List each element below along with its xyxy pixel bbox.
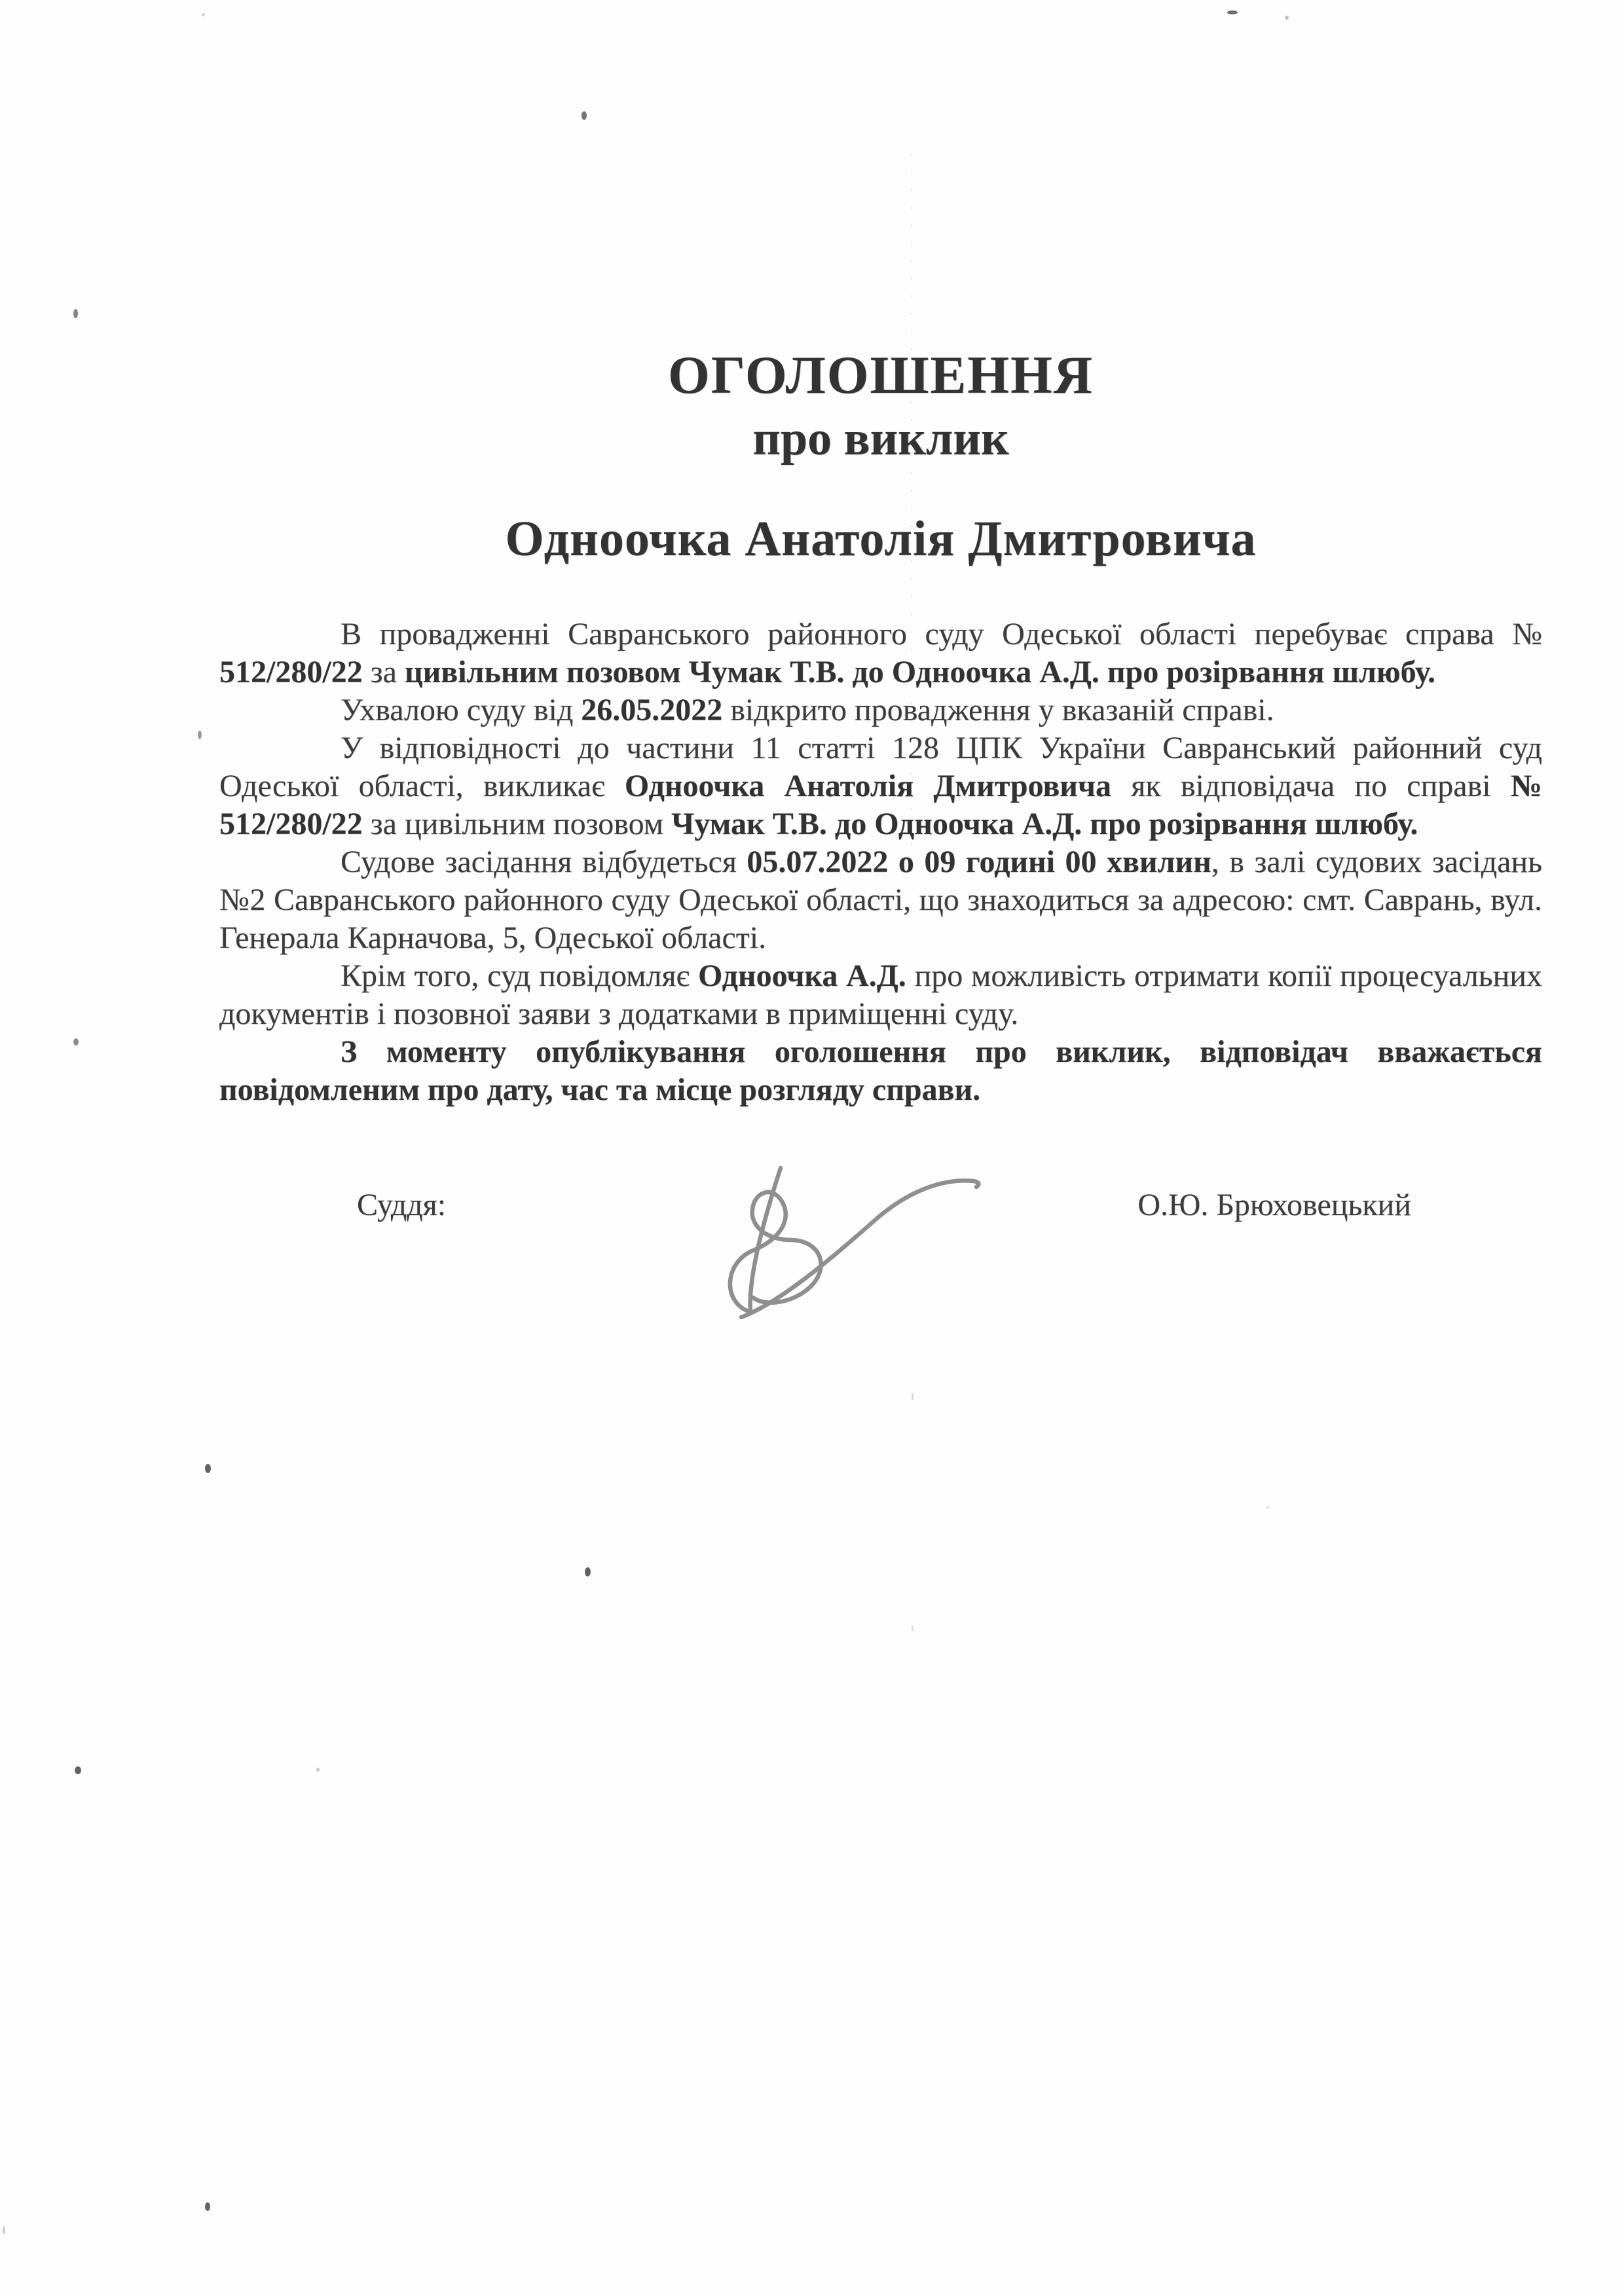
scan-speck: [581, 111, 587, 120]
scan-speck: [1266, 1506, 1269, 1509]
text-run: за цивільним позовом: [363, 807, 671, 841]
text-run: як відповідача по справі: [1111, 769, 1511, 803]
text-run: за: [363, 655, 405, 689]
body-paragraph: В провадженні Савранського районного суд…: [219, 615, 1542, 691]
body-paragraph: Крім того, суд повідомляє Одноочка А.Д. …: [219, 957, 1542, 1033]
text-run: Ухвалою суду від: [341, 693, 581, 727]
body-paragraph: У відповідності до частини 11 статті 128…: [219, 729, 1542, 843]
text-run: В провадженні Савранського районного суд…: [341, 617, 1542, 651]
scan-speck: [205, 1464, 211, 1473]
body-paragraph: Ухвалою суду від 26.05.2022 відкрито про…: [219, 691, 1542, 729]
text-run-bold: цивільним позовом Чумак Т.В. до Одноочка…: [405, 655, 1435, 689]
signature-icon: [681, 1140, 995, 1334]
scan-speck: [73, 309, 78, 318]
doc-addressee: Одноочка Анатолія Дмитровича: [219, 511, 1542, 568]
text-run-bold: З моменту опублікування оголошення про в…: [219, 1034, 1542, 1107]
scanned-court-announcement-page: ОГОЛОШЕННЯ про виклик Одноочка Анатолія …: [0, 0, 1624, 2296]
scan-speck: [198, 731, 202, 739]
text-run-bold: Одноочка Анатолія Дмитровича: [625, 769, 1111, 803]
text-run: Крім того, суд повідомляє: [341, 958, 698, 993]
scan-speck: [75, 1766, 81, 1774]
body-paragraph: З моменту опублікування оголошення про в…: [219, 1033, 1542, 1109]
text-run-bold: 05.07.2022 о 09 годині 00 хвилин: [747, 845, 1211, 879]
text-run: відкрито провадження у вказаній справі.: [722, 693, 1274, 727]
scan-speck: [202, 13, 205, 16]
judge-name: О.Ю. Брюховецький: [1137, 1186, 1411, 1224]
scan-speck: [316, 1768, 320, 1772]
text-run-bold: Одноочка А.Д.: [698, 958, 906, 993]
judge-label: Суддя:: [357, 1186, 446, 1224]
scan-speck: [1285, 16, 1289, 20]
doc-title: ОГОЛОШЕННЯ: [219, 344, 1542, 406]
text-run-bold: Чумак Т.В. до Одноочка А.Д. про розірван…: [671, 807, 1418, 841]
document-body: В провадженні Савранського районного суд…: [219, 615, 1542, 1109]
scan-speck: [3, 2226, 5, 2234]
scan-speck: [205, 2202, 210, 2211]
scan-speck: [912, 1625, 913, 1631]
text-run-bold: 512/280/22: [219, 655, 363, 689]
scan-speck: [1227, 10, 1238, 14]
body-paragraph: Судове засідання відбудеться 05.07.2022 …: [219, 843, 1542, 957]
scan-speck: [912, 1393, 913, 1400]
scan-speck: [585, 1567, 591, 1576]
scan-speck: [73, 1038, 79, 1046]
text-run-bold: 26.05.2022: [581, 693, 722, 727]
text-run: Судове засідання відбудеться: [341, 845, 747, 879]
doc-subtitle: про виклик: [219, 411, 1542, 467]
